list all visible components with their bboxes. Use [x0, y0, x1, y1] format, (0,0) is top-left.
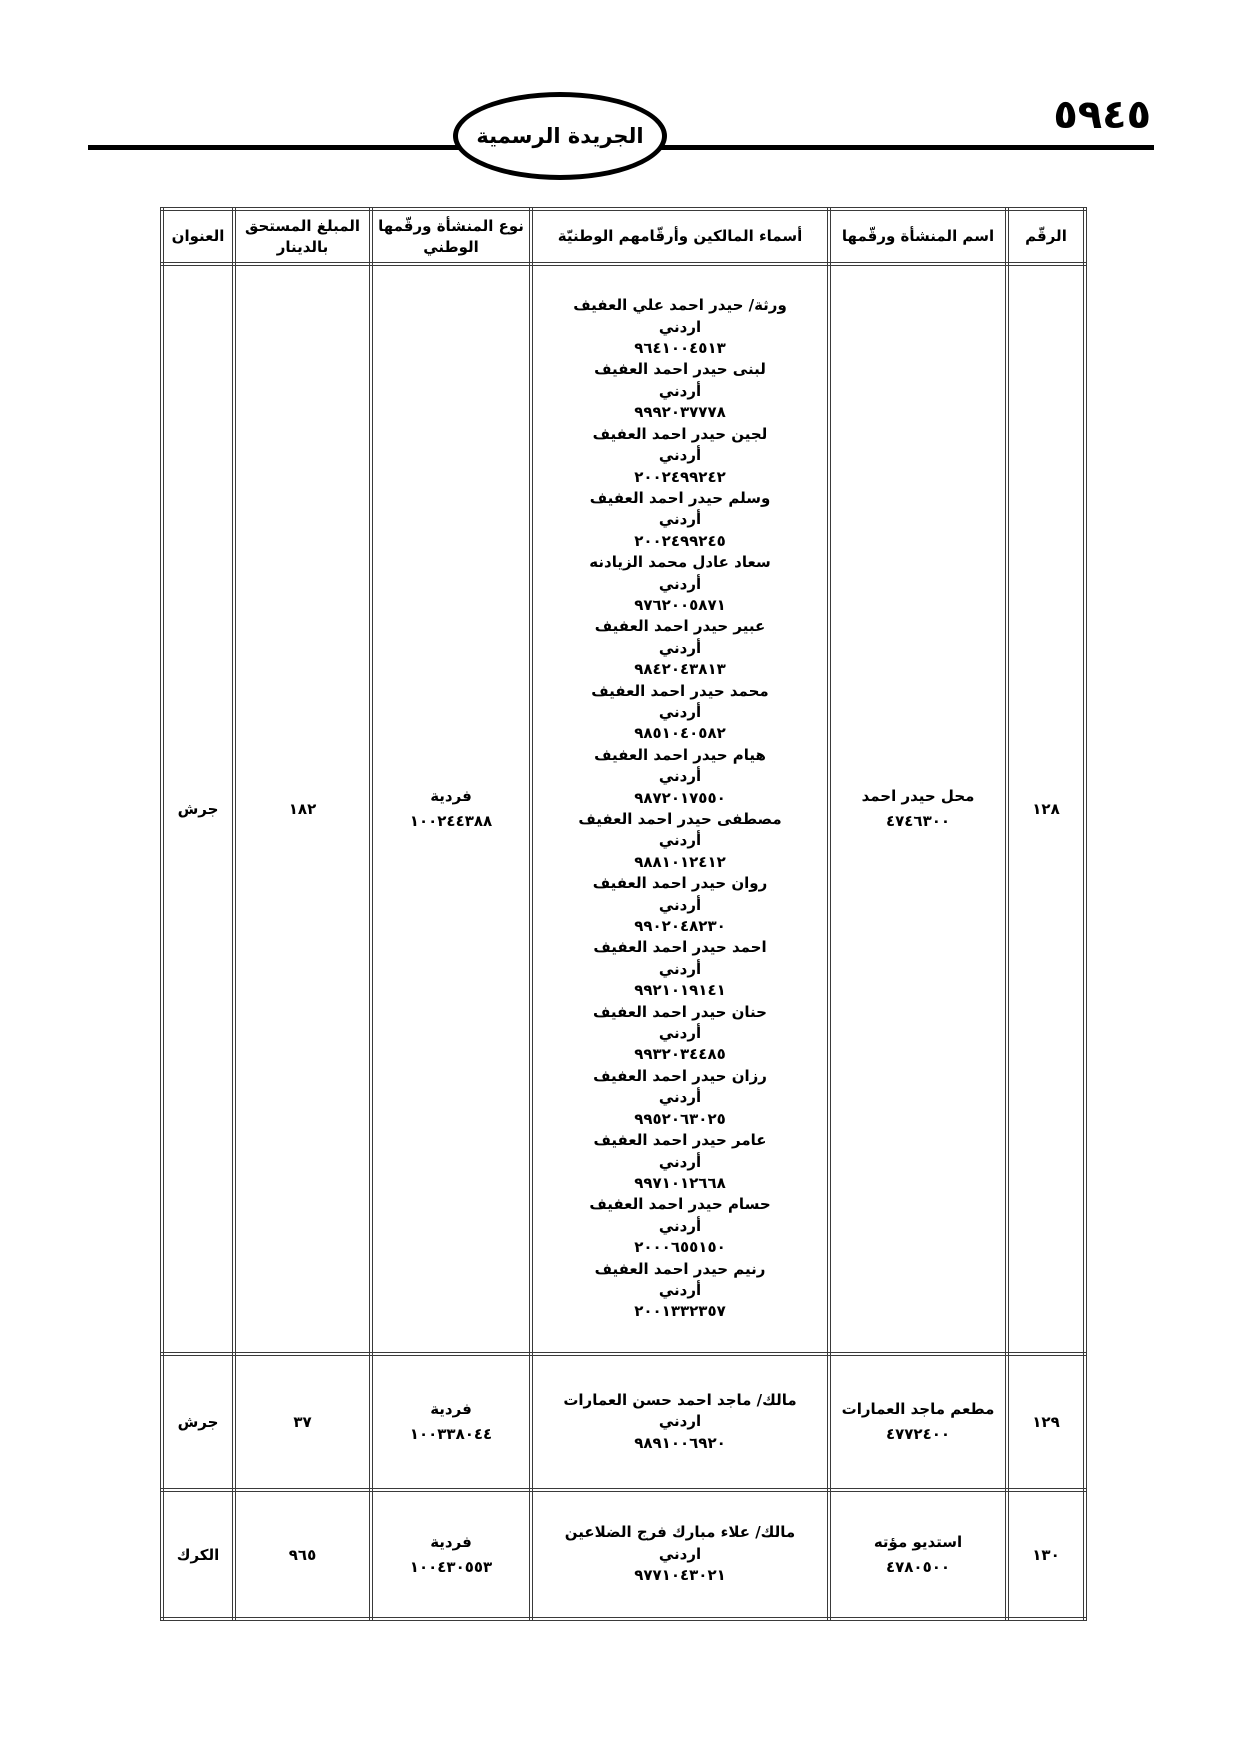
owner-nationality: أردني [537, 1023, 823, 1044]
address: جرش [168, 1411, 228, 1433]
type-national-number: ١٠٠٤٣٠٥٥٣ [377, 1555, 525, 1580]
owner-nationality: أردني [537, 638, 823, 659]
owner-nationality: أردني [537, 895, 823, 916]
owner-national-id: ٩٩٠٢٠٤٨٢٣٠ [537, 916, 823, 937]
owner-name: هيام حيدر احمد العفيف [537, 745, 823, 766]
owner-national-id: ٩٨٥١٠٤٠٥٨٢ [537, 723, 823, 744]
owner-nationality: اردني [537, 1544, 823, 1565]
establishment-name: استديو مؤته [835, 1530, 1001, 1555]
owner-national-id: ٩٩٢١٠١٩١٤١ [537, 980, 823, 1001]
row-number: ١٢٨ [1013, 798, 1079, 820]
establishment-number: ٤٧٨٠٥٠٠ [835, 1555, 1001, 1580]
owners-list: مالك/ ماجد احمد حسن العماراتاردني٩٨٩١٠٠٦… [537, 1390, 823, 1454]
owners-cell: مالك/ علاء مبارك فرج الضلاعيناردني٩٧٧١٠٤… [531, 1490, 829, 1619]
establishment-cell: مطعم ماجد العمارات٤٧٧٢٤٠٠ [829, 1354, 1007, 1490]
amount-cell: ١٨٢ [234, 264, 371, 1354]
row-number: ١٣٠ [1013, 1544, 1079, 1566]
header-amount-due: المبلغ المستحق بالدينار [234, 209, 371, 264]
row-number-cell: ١٢٩ [1007, 1354, 1085, 1490]
establishment-number: ٤٧٧٢٤٠٠ [835, 1422, 1001, 1447]
owner-national-id: ٩٦٤١٠٠٤٥١٣ [537, 338, 823, 359]
owner-nationality: أردني [537, 959, 823, 980]
header-establishment-name: اسم المنشأة ورقّمها [829, 209, 1007, 264]
address-cell: جرش [162, 264, 234, 1354]
owner-name: وسلم حيدر احمد العفيف [537, 488, 823, 509]
address: جرش [168, 798, 228, 820]
address: الكرك [168, 1544, 228, 1566]
header-establishment-type: نوع المنشأة ورقّمها الوطني [371, 209, 531, 264]
owner-name: رنيم حيدر احمد العفيف [537, 1259, 823, 1280]
owner-nationality: أردني [537, 445, 823, 466]
owners-cell: ورثة/ حيدر احمد علي العفيفاردني٩٦٤١٠٠٤٥١… [531, 264, 829, 1354]
owner-national-id: ٩٩٥٢٠٦٣٠٢٥ [537, 1109, 823, 1130]
owner-nationality: أردني [537, 509, 823, 530]
amount-cell: ٣٧ [234, 1354, 371, 1490]
owner-name: ورثة/ حيدر احمد علي العفيف [537, 295, 823, 316]
owner-nationality: اردني [537, 1411, 823, 1432]
owner-name: عامر حيدر احمد العفيف [537, 1130, 823, 1151]
owner-national-id: ٩٨٩١٠٠٦٩٢٠ [537, 1433, 823, 1454]
type-cell: فردية١٠٠٣٣٨٠٤٤ [371, 1354, 531, 1490]
table-body: ١٢٨محل حيدر احمد٤٧٤٦٣٠٠ورثة/ حيدر احمد ع… [162, 264, 1085, 1619]
table-row: ١٣٠استديو مؤته٤٧٨٠٥٠٠مالك/ علاء مبارك فر… [162, 1490, 1085, 1619]
owner-national-id: ٩٩٣٢٠٣٤٤٨٥ [537, 1044, 823, 1065]
gazette-banner-title: الجريدة الرسمية [476, 124, 643, 148]
amount-cell: ٩٦٥ [234, 1490, 371, 1619]
table-header-row: الرقّم اسم المنشأة ورقّمها أسماء المالكي… [162, 209, 1085, 264]
owner-name: لبنى حيدر احمد العفيف [537, 359, 823, 380]
owner-nationality: أردني [537, 702, 823, 723]
page-number: ٥٩٤٥ [1053, 92, 1151, 138]
owner-name: مصطفى حيدر احمد العفيف [537, 809, 823, 830]
owner-name: حسام حيدر احمد العفيف [537, 1194, 823, 1215]
establishments-table: الرقّم اسم المنشأة ورقّمها أسماء المالكي… [160, 207, 1087, 1621]
owner-name: عبير حيدر احمد العفيف [537, 616, 823, 637]
owner-national-id: ٩٩٩٢٠٣٧٧٧٨ [537, 402, 823, 423]
owner-name: مالك/ ماجد احمد حسن العمارات [537, 1390, 823, 1411]
owner-national-id: ٢٠٠٢٤٩٩٢٤٢ [537, 467, 823, 488]
owner-nationality: أردني [537, 381, 823, 402]
row-number-cell: ١٣٠ [1007, 1490, 1085, 1619]
owner-name: روان حيدر احمد العفيف [537, 873, 823, 894]
establishment-name: مطعم ماجد العمارات [835, 1397, 1001, 1422]
owner-name: مالك/ علاء مبارك فرج الضلاعين [537, 1522, 823, 1543]
type-cell: فردية١٠٠٢٤٤٣٨٨ [371, 264, 531, 1354]
owner-national-id: ٩٨٨١٠١٢٤١٢ [537, 852, 823, 873]
owner-national-id: ٢٠٠١٣٣٢٣٥٧ [537, 1301, 823, 1322]
owner-national-id: ٢٠٠٠٦٥٥١٥٠ [537, 1237, 823, 1258]
owner-name: محمد حيدر احمد العفيف [537, 681, 823, 702]
owner-nationality: أردني [537, 1152, 823, 1173]
owner-national-id: ٢٠٠٢٤٩٩٢٤٥ [537, 531, 823, 552]
establishment-type: فردية [377, 784, 525, 809]
type-national-number: ١٠٠٣٣٨٠٤٤ [377, 1422, 525, 1447]
owners-list: ورثة/ حيدر احمد علي العفيفاردني٩٦٤١٠٠٤٥١… [537, 295, 823, 1323]
establishment-name: محل حيدر احمد [835, 784, 1001, 809]
amount-due: ٣٧ [240, 1411, 365, 1433]
establishment-cell: استديو مؤته٤٧٨٠٥٠٠ [829, 1490, 1007, 1619]
address-cell: الكرك [162, 1490, 234, 1619]
owner-national-id: ٩٧٦٢٠٠٥٨٧١ [537, 595, 823, 616]
header-owners-names: أسماء المالكين وأرقّامهم الوطنيّة [531, 209, 829, 264]
row-number: ١٢٩ [1013, 1411, 1079, 1433]
owner-name: سعاد عادل محمد الزيادنه [537, 552, 823, 573]
owner-name: احمد حيدر احمد العفيف [537, 937, 823, 958]
owner-nationality: أردني [537, 766, 823, 787]
owner-national-id: ٩٩٧١٠١٢٦٦٨ [537, 1173, 823, 1194]
owner-nationality: أردني [537, 1216, 823, 1237]
owner-nationality: أردني [537, 574, 823, 595]
owners-cell: مالك/ ماجد احمد حسن العماراتاردني٩٨٩١٠٠٦… [531, 1354, 829, 1490]
address-cell: جرش [162, 1354, 234, 1490]
owner-name: حنان حيدر احمد العفيف [537, 1002, 823, 1023]
establishment-type: فردية [377, 1397, 525, 1422]
owner-name: رزان حيدر احمد العفيف [537, 1066, 823, 1087]
type-national-number: ١٠٠٢٤٤٣٨٨ [377, 809, 525, 834]
owner-national-id: ٩٧٧١٠٤٣٠٢١ [537, 1565, 823, 1586]
owner-nationality: أردني [537, 1087, 823, 1108]
establishment-number: ٤٧٤٦٣٠٠ [835, 809, 1001, 834]
header-address: العنوان [162, 209, 234, 264]
owner-national-id: ٩٨٤٢٠٤٣٨١٣ [537, 659, 823, 680]
gazette-banner-oval: الجريدة الرسمية [453, 92, 667, 180]
owner-name: لجين حيدر احمد العفيف [537, 424, 823, 445]
establishment-cell: محل حيدر احمد٤٧٤٦٣٠٠ [829, 264, 1007, 1354]
owner-nationality: أردني [537, 830, 823, 851]
owner-nationality: اردني [537, 317, 823, 338]
owner-national-id: ٩٨٧٢٠١٧٥٥٠ [537, 788, 823, 809]
header-row-number: الرقّم [1007, 209, 1085, 264]
owner-nationality: أردني [537, 1280, 823, 1301]
row-number-cell: ١٢٨ [1007, 264, 1085, 1354]
table-row: ١٢٨محل حيدر احمد٤٧٤٦٣٠٠ورثة/ حيدر احمد ع… [162, 264, 1085, 1354]
type-cell: فردية١٠٠٤٣٠٥٥٣ [371, 1490, 531, 1619]
table-row: ١٢٩مطعم ماجد العمارات٤٧٧٢٤٠٠مالك/ ماجد ا… [162, 1354, 1085, 1490]
establishment-type: فردية [377, 1530, 525, 1555]
amount-due: ٩٦٥ [240, 1544, 365, 1566]
owners-list: مالك/ علاء مبارك فرج الضلاعيناردني٩٧٧١٠٤… [537, 1522, 823, 1586]
amount-due: ١٨٢ [240, 798, 365, 820]
